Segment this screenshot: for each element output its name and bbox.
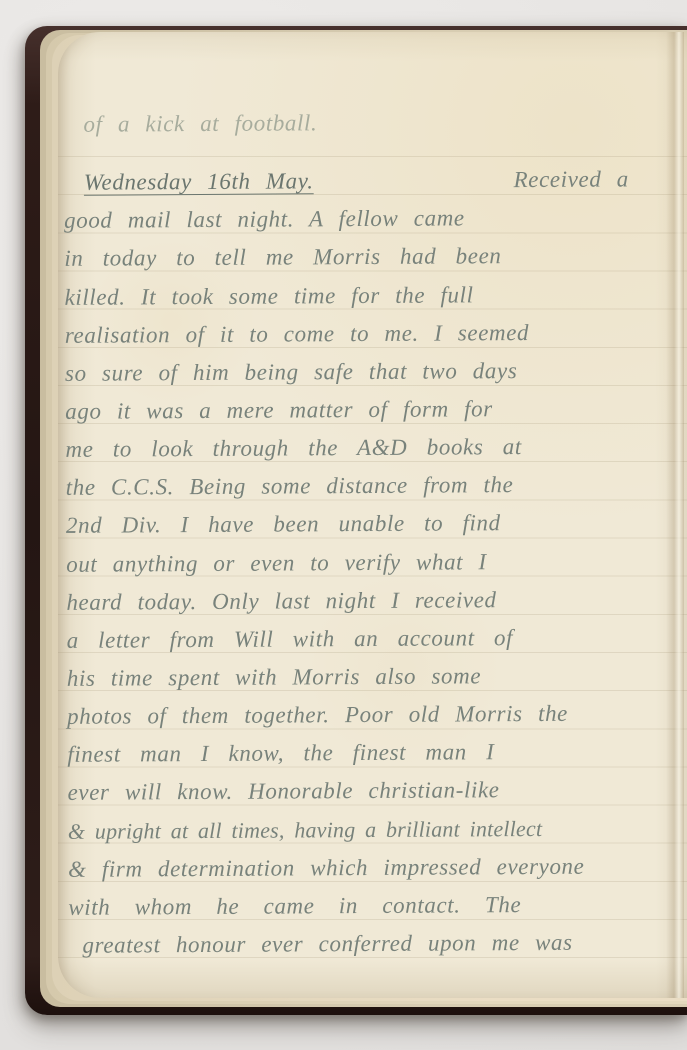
- diary-line: with whom he came in contact. The: [68, 885, 667, 927]
- diary-line: good mail last night. A fellow came: [64, 198, 663, 240]
- handwriting: of a kick at football. Wednesday 16th Ma…: [63, 102, 667, 965]
- diary-line: in today to tell me Morris had been: [64, 237, 663, 279]
- diary-line-continuation: of a kick at football.: [83, 102, 662, 144]
- diary-line: out anything or even to verify what I: [66, 542, 665, 584]
- diary-line: heard today. Only last night I received: [66, 580, 665, 622]
- diary-line: a letter from Will with an account of: [67, 618, 666, 660]
- diary-line: 2nd Div. I have been unable to find: [66, 504, 665, 546]
- diary-line: & firm determination which impressed eve…: [68, 847, 667, 889]
- diary-line: ever will know. Honorable christian-like: [67, 771, 666, 813]
- diary-line: his time spent with Morris also some: [67, 656, 666, 698]
- diary-line: killed. It took some time for the full: [64, 275, 663, 317]
- diary-line: finest man I know, the finest man I: [67, 732, 666, 774]
- diary-page: of a kick at football. Wednesday 16th Ma…: [58, 32, 687, 998]
- diary-line-date: Wednesday 16th May. Received a: [64, 160, 663, 202]
- notebook: of a kick at football. Wednesday 16th Ma…: [0, 0, 687, 1050]
- diary-line: so sure of him being safe that two days: [65, 351, 664, 393]
- diary-line: & upright at all times, having a brillia…: [68, 809, 667, 851]
- page-right-crease: [666, 32, 684, 998]
- date-heading: Wednesday 16th May.: [84, 162, 314, 202]
- date-line-rest: Received a: [513, 161, 628, 200]
- diary-line: the C.C.S. Being some distance from the: [66, 465, 665, 507]
- diary-line: me to look through the A&D books at: [65, 427, 664, 469]
- diary-line: ago it was a mere matter of form for: [65, 389, 664, 431]
- diary-line: realisation of it to come to me. I seeme…: [65, 313, 664, 355]
- diary-line: photos of them together. Poor old Morris…: [67, 694, 666, 736]
- diary-line: greatest honour ever conferred upon me w…: [82, 923, 667, 965]
